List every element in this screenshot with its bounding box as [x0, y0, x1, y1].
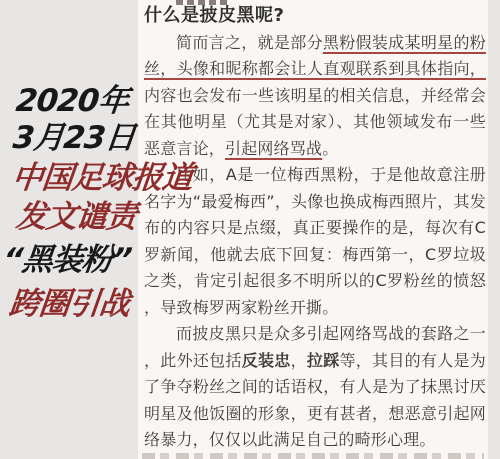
p3-bold-term-2: 拉踩 [307, 351, 340, 370]
caption-line-term: “黑装粉” [1, 245, 132, 276]
caption-line-date-day: 3月23日 [11, 123, 136, 154]
article-panel: 什么是披皮黑呢? 简而言之，就是部分黑粉假装成某明星的粉丝，头像和昵称都会让人直… [138, 0, 488, 459]
caption-line-effect: 跨圈引战 [7, 289, 130, 320]
p1-text-end: 。 [322, 139, 338, 158]
cropped-text-bottom-fragment [142, 453, 484, 459]
paragraph-definition: 简而言之，就是部分黑粉假装成某明星的粉丝，头像和昵称都会让人直观联系到具体指向，… [144, 30, 486, 163]
p3-separator: ， [291, 351, 307, 370]
p3-bold-term-1: 反装忠 [242, 351, 291, 370]
paragraph-example: 比如，A是一位梅西黑粉，于是他故意注册名字为“最爱梅西”，头像也换成梅西照片，其… [144, 162, 486, 321]
caption-line-date-year: 2020年 [14, 86, 130, 117]
paragraph-conclusion: 而披皮黑只是众多引起网络骂战的套路之一，此外还包括反装忠，拉踩等，其目的有人是为… [144, 321, 486, 454]
p2-text: 比如，A是一位梅西黑粉，于是他故意注册名字为“最爱梅西”，头像也换成梅西照片，其… [144, 165, 486, 317]
cropped-text-top-fragment [176, 0, 228, 5]
meme-image: 什么是披皮黑呢? 简而言之，就是部分黑粉假装成某明星的粉丝，头像和昵称都会让人直… [0, 0, 500, 459]
p1-text-lead: 简而言之，就是部分 [176, 33, 323, 52]
p1-underlined-phrase-2: 引起网络骂战 [225, 139, 322, 158]
caption-line-action: 发文谴责 [14, 202, 137, 233]
article-title: 什么是披皮黑呢? [144, 3, 486, 30]
